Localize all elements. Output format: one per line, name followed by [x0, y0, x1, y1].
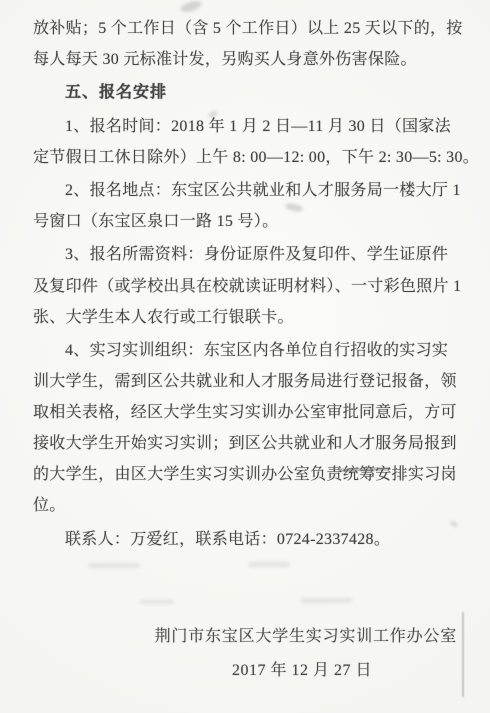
signature-organization: 荆门市东宝区大学生实习实训工作办公室	[155, 622, 457, 652]
scan-smudge	[248, 562, 290, 567]
body-line: 3、报名所需资料：身份证原件及复印件、学生证原件	[33, 239, 462, 270]
body-line: 接收大学生开始实习实训；到区公共就业和人才服务局报到	[33, 428, 462, 459]
body-line: 放补贴；5 个工作日（含 5 个工作日）以上 25 天以下的，按	[33, 13, 462, 44]
signature-date: 2017 年 12 月 27 日	[232, 656, 372, 686]
document-page: 放补贴；5 个工作日（含 5 个工作日）以上 25 天以下的，按 每人每天 30…	[0, 0, 490, 713]
section-heading: 五、报名安排	[33, 77, 462, 108]
body-line: 2、报名地点：东宝区公共就业和人才服务局一楼大厅 1	[33, 175, 462, 206]
body-line: 及复印件（或学校出具在校就读证明材料）、一寸彩色照片 1	[33, 271, 462, 302]
body-line: 定节假日工休日除外）上午 8: 00—12: 00，下午 2: 30—5: 30…	[33, 142, 462, 173]
body-line: 的大学生，由区大学生实习实训办公室负责统筹安排实习岗	[33, 459, 462, 490]
body-line: 每人每天 30 元标准计发，另购买人身意外伤害保险。	[33, 44, 462, 75]
document-body: 放补贴；5 个工作日（含 5 个工作日）以上 25 天以下的，按 每人每天 30…	[33, 13, 462, 555]
body-line: 取相关表格，经区大学生实习实训办公室审批同意后，方可	[33, 397, 462, 428]
scan-smudge	[140, 600, 174, 604]
body-line: 1、报名时间：2018 年 1 月 2 日—11 月 30 日（国家法	[33, 111, 462, 142]
body-line: 位。	[33, 490, 462, 521]
body-line: 号窗口（东宝区泉口一路 15 号）。	[33, 206, 462, 237]
scan-smudge	[88, 563, 140, 568]
body-line: 训大学生，需到区公共就业和人才服务局进行登记报备，领	[33, 366, 462, 397]
scan-smudge	[300, 598, 352, 603]
scan-edge-line	[462, 612, 464, 697]
body-line: 4、实习实训组织：东宝区内各单位自行招收的实习实	[33, 335, 462, 366]
contact-line: 联系人：万爱红，联系电话：0724-2337428。	[33, 524, 462, 555]
body-line: 张、大学生本人农行或工行银联卡。	[33, 302, 462, 333]
